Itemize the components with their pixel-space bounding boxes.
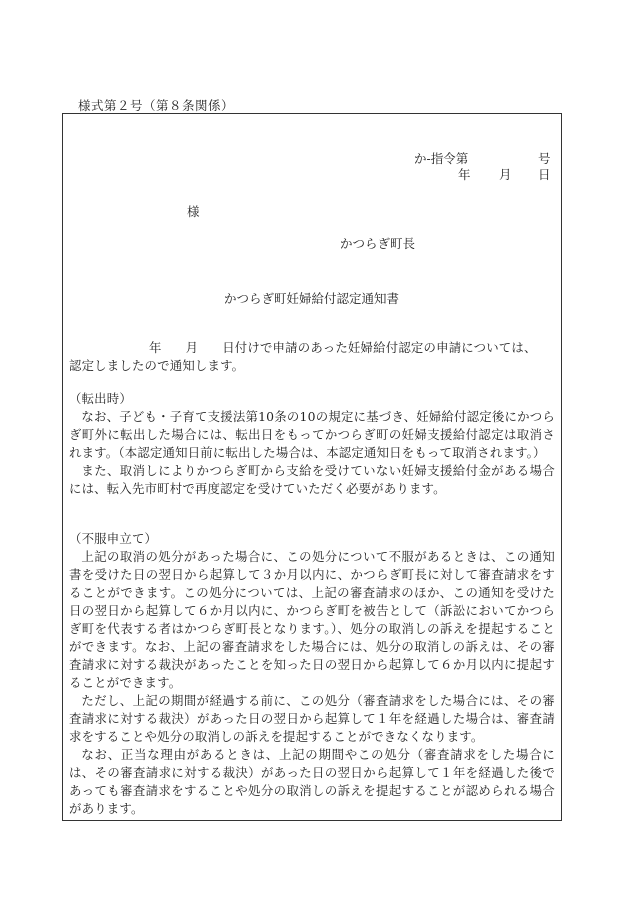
date-day-label: 日 xyxy=(538,165,551,183)
moving-out-heading: （転出時） xyxy=(69,390,555,408)
moving-out-paragraph-1: なお、子ども・子育て支援法第10条の10の規定に基づき、妊婦給付認定後にかつらぎ… xyxy=(69,408,555,462)
appeal-section: （不服申立て） 上記の取消の処分があった場合に、この処分について不服があるときは… xyxy=(69,530,555,818)
intro-line-2: 認定しましたので通知します。 xyxy=(69,357,555,375)
appeal-paragraph-2: ただし、上記の期間が経過する前に、この処分（審査請求をした場合には、その審査請求… xyxy=(69,692,555,746)
document-title: かつらぎ町妊婦給付認定通知書 xyxy=(224,289,399,307)
intro-paragraph: 年月日付けで申請のあった妊婦給付認定の申請については、 認定しましたので通知しま… xyxy=(69,339,555,375)
intro-text: 日付けで申請のあった妊婦給付認定の申請については、 xyxy=(222,340,536,355)
notice-document-box: か-指令第 号 年 月 日 様 かつらぎ町長 かつらぎ町妊婦給付認定通知書 年月… xyxy=(62,113,562,821)
appeal-paragraph-1: 上記の取消の処分があった場合に、この処分について不服があるときは、この通知書を受… xyxy=(69,548,555,692)
date-month-label: 月 xyxy=(499,165,512,183)
sender-name: かつらぎ町長 xyxy=(340,234,415,252)
intro-month: 月 xyxy=(186,340,199,355)
moving-out-section: （転出時） なお、子ども・子育て支援法第10条の10の規定に基づき、妊婦給付認定… xyxy=(69,390,555,498)
intro-year: 年 xyxy=(149,340,162,355)
appeal-heading: （不服申立て） xyxy=(69,530,555,548)
moving-out-paragraph-2: また、取消しによりかつらぎ町から支給を受けていない妊婦支援給付金がある場合には、… xyxy=(69,462,555,498)
recipient-honorific: 様 xyxy=(187,202,200,220)
appeal-paragraph-3: なお、正当な理由があるときは、上記の期間やこの処分（審査請求をした場合には、その… xyxy=(69,746,555,818)
date-year-label: 年 xyxy=(458,165,471,183)
form-number-label: 様式第２号（第８条関係） xyxy=(78,96,234,114)
